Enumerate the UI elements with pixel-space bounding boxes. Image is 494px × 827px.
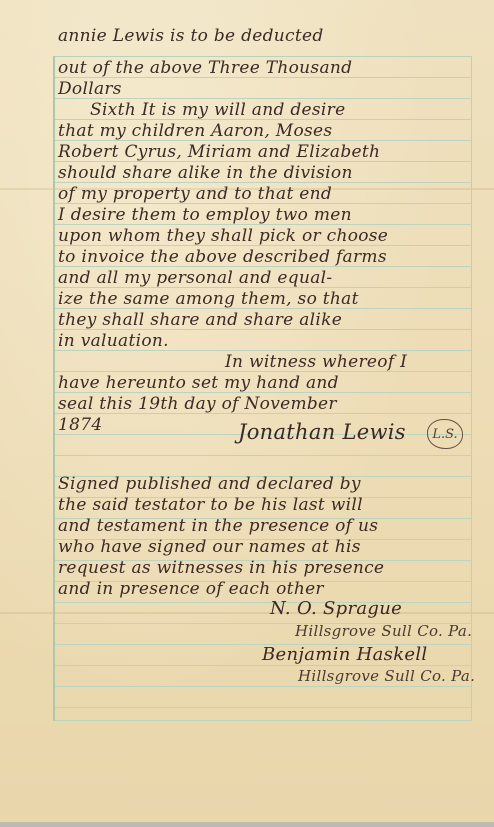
- witness-2-name: Benjamin Haskell: [262, 644, 427, 665]
- text-line: should share alike in the division: [58, 163, 353, 183]
- text-line: have hereunto set my hand and: [58, 373, 339, 393]
- text-line: In witness whereof I: [225, 352, 407, 372]
- text-line: to invoice the above described farms: [58, 247, 387, 267]
- text-line: they shall share and share alike: [58, 310, 342, 330]
- attestation-line: the said testator to be his last will: [58, 495, 363, 515]
- text-line: seal this 19th day of November: [58, 394, 337, 414]
- attestation-line: who have signed our names at his: [58, 537, 361, 557]
- text-line: out of the above Three Thousand: [58, 58, 352, 78]
- witness-1-name: N. O. Sprague: [270, 598, 402, 619]
- witness-1-residence: Hillsgrove Sull Co. Pa.: [295, 622, 472, 640]
- text-line: 1874: [58, 415, 102, 435]
- text-line: annie Lewis is to be deducted: [58, 26, 324, 46]
- text-line: and all my personal and equal-: [58, 268, 332, 288]
- text-line: ize the same among them, so that: [58, 289, 359, 309]
- text-line: that my children Aaron, Moses: [58, 121, 332, 141]
- text-line: Dollars: [58, 79, 122, 99]
- document-page: annie Lewis is to be deducted out of the…: [0, 0, 494, 822]
- text-line: upon whom they shall pick or choose: [58, 226, 388, 246]
- scan-bottom-edge: [0, 822, 494, 827]
- seal-mark: L.S.: [427, 419, 463, 449]
- text-line: of my property and to that end: [58, 184, 332, 204]
- attestation-line: Signed published and declared by: [58, 474, 361, 494]
- text-line: I desire them to employ two men: [58, 205, 352, 225]
- text-line: Sixth It is my will and desire: [90, 100, 345, 120]
- attestation-line: request as witnesses in his presence: [58, 558, 384, 578]
- testator-signature: Jonathan Lewis: [238, 420, 406, 444]
- attestation-line: and testament in the presence of us: [58, 516, 378, 536]
- text-line: Robert Cyrus, Miriam and Elizabeth: [58, 142, 380, 162]
- text-line: in valuation.: [58, 331, 169, 351]
- witness-2-residence: Hillsgrove Sull Co. Pa.: [298, 667, 475, 685]
- attestation-line: and in presence of each other: [58, 579, 324, 599]
